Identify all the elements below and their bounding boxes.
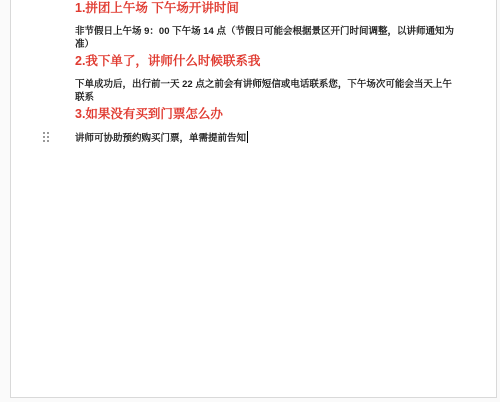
six-dot-grid-drag-handle-icon[interactable] bbox=[43, 132, 50, 143]
qa-heading[interactable]: 3.如果没有买到门票怎么办 bbox=[75, 107, 456, 121]
qa-heading[interactable]: 1.拼团上午场 下午场开讲时间 bbox=[75, 1, 456, 15]
qa-item: 2.我下单了，讲师什么时候联系我 下单成功后，出行前一天 22 点之前会有讲师短… bbox=[75, 54, 456, 104]
document-canvas: 1.拼团上午场 下午场开讲时间 非节假日上午场 9：00 下午场 14 点（节假… bbox=[0, 0, 500, 402]
body-line[interactable]: 讲师可协助预约购买门票，单需提前告知 bbox=[75, 131, 456, 145]
qa-item: 3.如果没有买到门票怎么办 讲师可协助预约购买门票，单需提前告知 bbox=[75, 107, 456, 145]
qa-heading[interactable]: 2.我下单了，讲师什么时候联系我 bbox=[75, 54, 456, 68]
qa-body: 下单成功后，出行前一天 22 点之前会有讲师短信或电话联系您，下午场次可能会当天… bbox=[75, 78, 456, 104]
body-line-text[interactable]: 讲师可协助预约购买门票，单需提前告知 bbox=[75, 133, 246, 144]
qa-item: 1.拼团上午场 下午场开讲时间 非节假日上午场 9：00 下午场 14 点（节假… bbox=[75, 1, 456, 51]
qa-body: 非节假日上午场 9：00 下午场 14 点（节假日可能会根据景区开门时间调整，以… bbox=[75, 25, 456, 51]
body-line[interactable]: 联系 bbox=[75, 91, 456, 104]
qa-body: 讲师可协助预约购买门票，单需提前告知 bbox=[75, 131, 456, 145]
document-content: 1.拼团上午场 下午场开讲时间 非节假日上午场 9：00 下午场 14 点（节假… bbox=[11, 0, 496, 145]
document-page[interactable]: 1.拼团上午场 下午场开讲时间 非节假日上午场 9：00 下午场 14 点（节假… bbox=[10, 0, 497, 398]
body-line[interactable]: 准） bbox=[75, 38, 456, 51]
body-line[interactable]: 下单成功后，出行前一天 22 点之前会有讲师短信或电话联系您，下午场次可能会当天… bbox=[75, 78, 456, 91]
body-line[interactable]: 非节假日上午场 9：00 下午场 14 点（节假日可能会根据景区开门时间调整，以… bbox=[75, 25, 456, 38]
text-cursor bbox=[247, 131, 248, 143]
